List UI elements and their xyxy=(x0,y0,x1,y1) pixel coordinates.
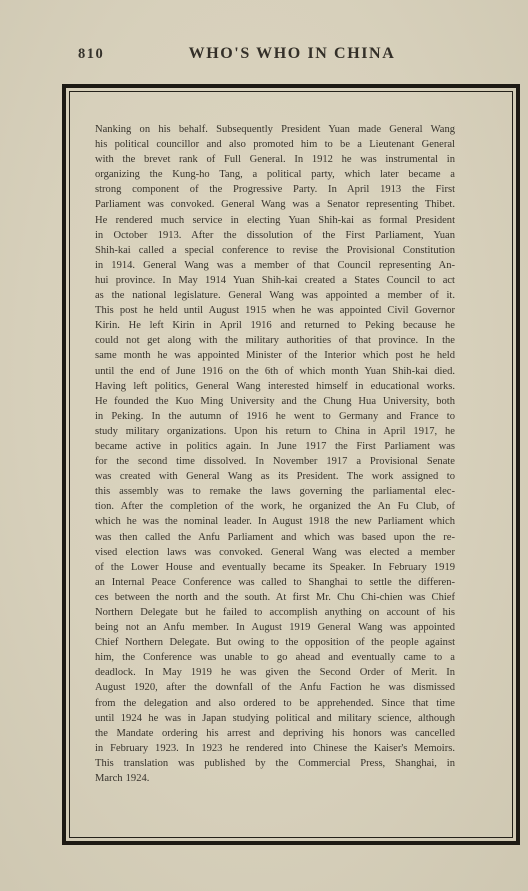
text-line: in Peking. In the autumn of 1916 he went… xyxy=(95,409,455,424)
text-line: became active in politics again. In June… xyxy=(95,439,455,454)
text-line: from the delegation and also ordered to … xyxy=(95,696,455,711)
text-line: his political councillor and also promot… xyxy=(95,137,455,152)
text-line: Parliament was convoked. General Wang wa… xyxy=(95,197,455,212)
text-line: was then called the Anfu Parliament and … xyxy=(95,530,455,545)
text-line: He rendered much service in electing Yua… xyxy=(95,213,455,228)
biography-text: Nanking on his behalf. Subsequently Pres… xyxy=(95,122,455,786)
text-line: Nanking on his behalf. Subsequently Pres… xyxy=(95,122,455,137)
text-line: for the second time dissolved. In Novemb… xyxy=(95,454,455,469)
text-line: August 1920, after the downfall of the A… xyxy=(95,680,455,695)
text-line: Kirin. He left Kirin in April 1916 and r… xyxy=(95,318,455,333)
text-line: vised election laws was convoked. Genera… xyxy=(95,545,455,560)
text-line: which he was the nominal leader. In Augu… xyxy=(95,514,455,529)
text-line: as the national legislature. General Wan… xyxy=(95,288,455,303)
text-line: ces between the north and the south. At … xyxy=(95,590,455,605)
text-line: March 1924. xyxy=(95,771,455,786)
text-line: in February 1923. In 1923 he rendered in… xyxy=(95,741,455,756)
decorative-double-border: Nanking on his behalf. Subsequently Pres… xyxy=(62,84,520,845)
text-line: could not get along with the military au… xyxy=(95,333,455,348)
text-line: strong component of the Progressive Part… xyxy=(95,182,455,197)
text-line: in 1914. General Wang was a member of th… xyxy=(95,258,455,273)
text-line: organizing the Kung-ho Tang, a political… xyxy=(95,167,455,182)
text-line: the Mandate ordering his arrest and depr… xyxy=(95,726,455,741)
text-line: Chief Northern Delegate. But owing to th… xyxy=(95,635,455,650)
text-line: This translation was published by the Co… xyxy=(95,756,455,771)
text-line: him, the Conference was unable to go ahe… xyxy=(95,650,455,665)
text-line: He founded the Kuo Ming University and t… xyxy=(95,394,455,409)
text-line: until the end of June 1916 on the 6th of… xyxy=(95,364,455,379)
text-line: study military organizations. Upon his r… xyxy=(95,424,455,439)
text-line: This post he held until August 1915 when… xyxy=(95,303,455,318)
scanned-book-page: { "header": { "page_number": "810", "tit… xyxy=(0,0,528,891)
text-line: Shih-kai called a special conference to … xyxy=(95,243,455,258)
text-line: this assembly was to remake the laws gov… xyxy=(95,484,455,499)
text-line: tion. After the completion of the work, … xyxy=(95,499,455,514)
text-line: of the Lower House and eventually became… xyxy=(95,560,455,575)
text-line: deadlock. In May 1919 he was given the S… xyxy=(95,665,455,680)
text-line: Northern Delegate but he failed to accom… xyxy=(95,605,455,620)
text-line: Having left politics, General Wang inter… xyxy=(95,379,455,394)
running-head-title: WHO'S WHO IN CHINA xyxy=(189,45,396,63)
text-line: an Internal Peace Conference was called … xyxy=(95,575,455,590)
page-number: 810 xyxy=(78,46,104,63)
text-line: being not an Anfu member. In August 1919… xyxy=(95,620,455,635)
text-line: hui province. In May 1914 Yuan Shih-kai … xyxy=(95,273,455,288)
text-line: was created with General Wang as its Pre… xyxy=(95,469,455,484)
text-line: in October 1913. After the dissolution o… xyxy=(95,228,455,243)
text-line: until 1924 he was in Japan studying poli… xyxy=(95,711,455,726)
text-line: with the brevet rank of Full General. In… xyxy=(95,152,455,167)
text-line: same month he was appointed Minister of … xyxy=(95,348,455,363)
